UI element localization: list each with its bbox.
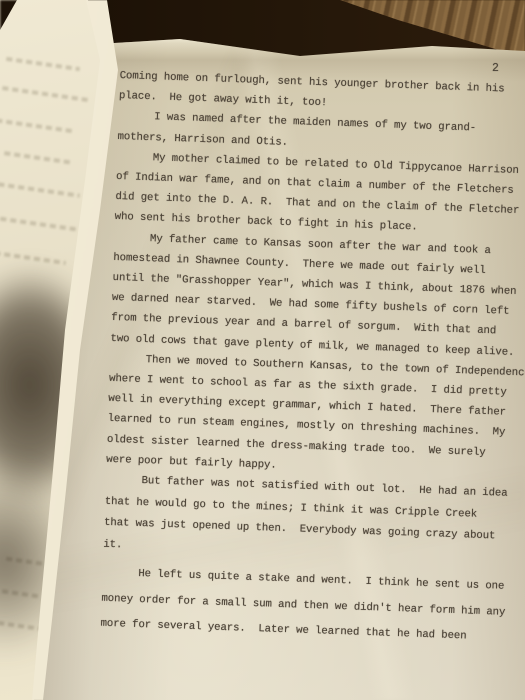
bleed-through-text-smudge [6, 57, 80, 71]
paragraph: He left us quite a stake and went. I thi… [100, 561, 504, 651]
typed-text-block: Coming home on furlough, sent his younge… [100, 66, 522, 652]
photo-typewritten-memoir-page: 2 Coming home on furlough, sent his youn… [0, 0, 525, 700]
bleed-through-text-smudge [0, 182, 80, 197]
bleed-through-text-smudge [4, 151, 74, 165]
paragraph: My mother claimed to be related to Old T… [114, 147, 519, 242]
paragraph: But father was not satisfied with out lo… [103, 470, 508, 570]
bleed-through-text-smudge [0, 118, 76, 133]
bleed-through-text-smudge [2, 86, 88, 102]
page-number: 2 [492, 62, 499, 75]
paragraph: My father came to Kansas soon after the … [110, 228, 516, 363]
paragraph: Then we moved to Southern Kansas, to the… [106, 349, 512, 484]
